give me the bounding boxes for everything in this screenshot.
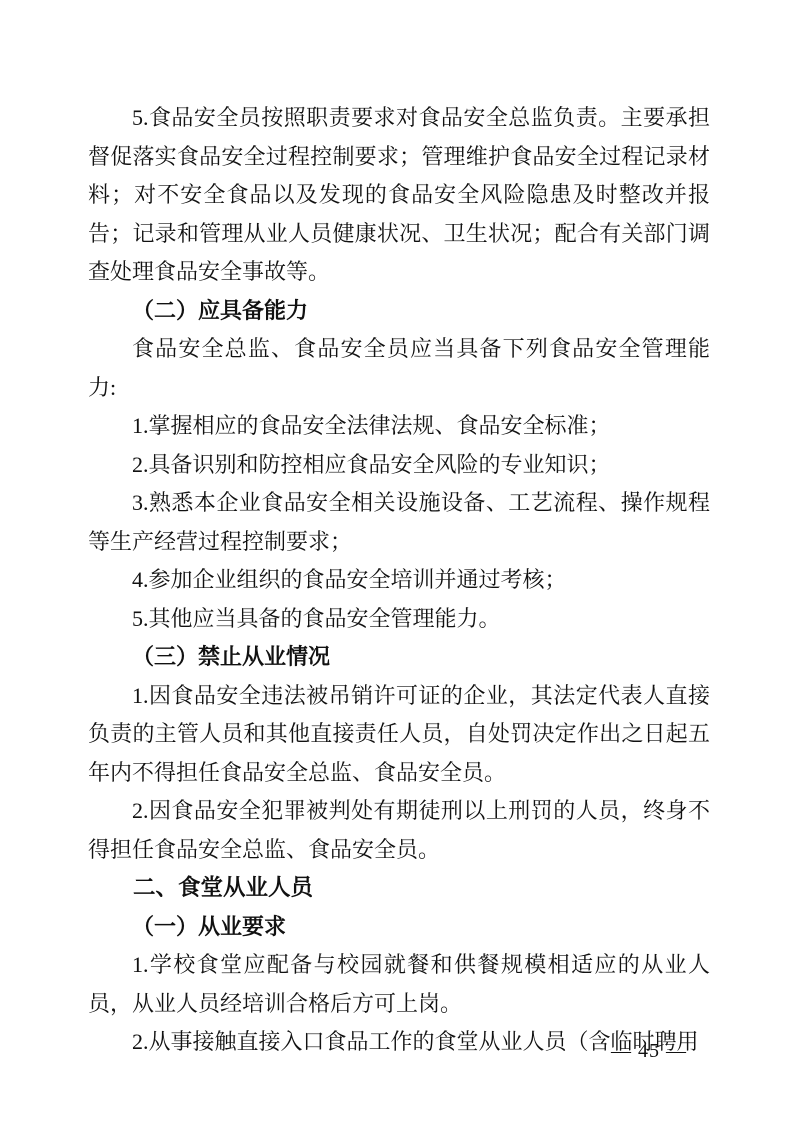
subheading-employment-requirements: （一）从业要求	[88, 908, 710, 947]
paragraph-requirement-1: 1.学校食堂应配备与校园就餐和供餐规模相适应的从业人员，从业人员经培训合格后方可…	[88, 946, 710, 1023]
heading-canteen-staff: 二、食堂从业人员	[88, 869, 710, 908]
document-page: 5.食品安全员按照职责要求对食品安全总监负责。主要承担督促落实食品安全过程控制要…	[0, 0, 793, 1122]
page-footer: — 45 —	[611, 1040, 687, 1063]
page-number: — 45 —	[611, 1040, 687, 1062]
paragraph-ability-2: 2.具备识别和防控相应食品安全风险的专业知识；	[88, 446, 710, 485]
document-content: 5.食品安全员按照职责要求对食品安全总监负责。主要承担督促落实食品安全过程控制要…	[88, 99, 710, 1062]
subheading-required-abilities: （二）应具备能力	[88, 292, 710, 331]
paragraph-ability-5: 5.其他应当具备的食品安全管理能力。	[88, 600, 710, 639]
paragraph-ability-1: 1.掌握相应的食品安全法律法规、食品安全标准；	[88, 407, 710, 446]
paragraph-abilities-intro: 食品安全总监、食品安全员应当具备下列食品安全管理能力:	[88, 330, 710, 407]
paragraph-ability-4: 4.参加企业组织的食品安全培训并通过考核；	[88, 561, 710, 600]
paragraph-prohibited-2: 2.因食品安全犯罪被判处有期徒刑以上刑罚的人员，终身不得担任食品安全总监、食品安…	[88, 792, 710, 869]
paragraph-prohibited-1: 1.因食品安全违法被吊销许可证的企业，其法定代表人直接负责的主管人员和其他直接责…	[88, 677, 710, 793]
paragraph-safety-officer-duties: 5.食品安全员按照职责要求对食品安全总监负责。主要承担督促落实食品安全过程控制要…	[88, 99, 710, 292]
paragraph-ability-3: 3.熟悉本企业食品安全相关设施设备、工艺流程、操作规程等生产经营过程控制要求；	[88, 484, 710, 561]
subheading-prohibited-employment: （三）禁止从业情况	[88, 638, 710, 677]
